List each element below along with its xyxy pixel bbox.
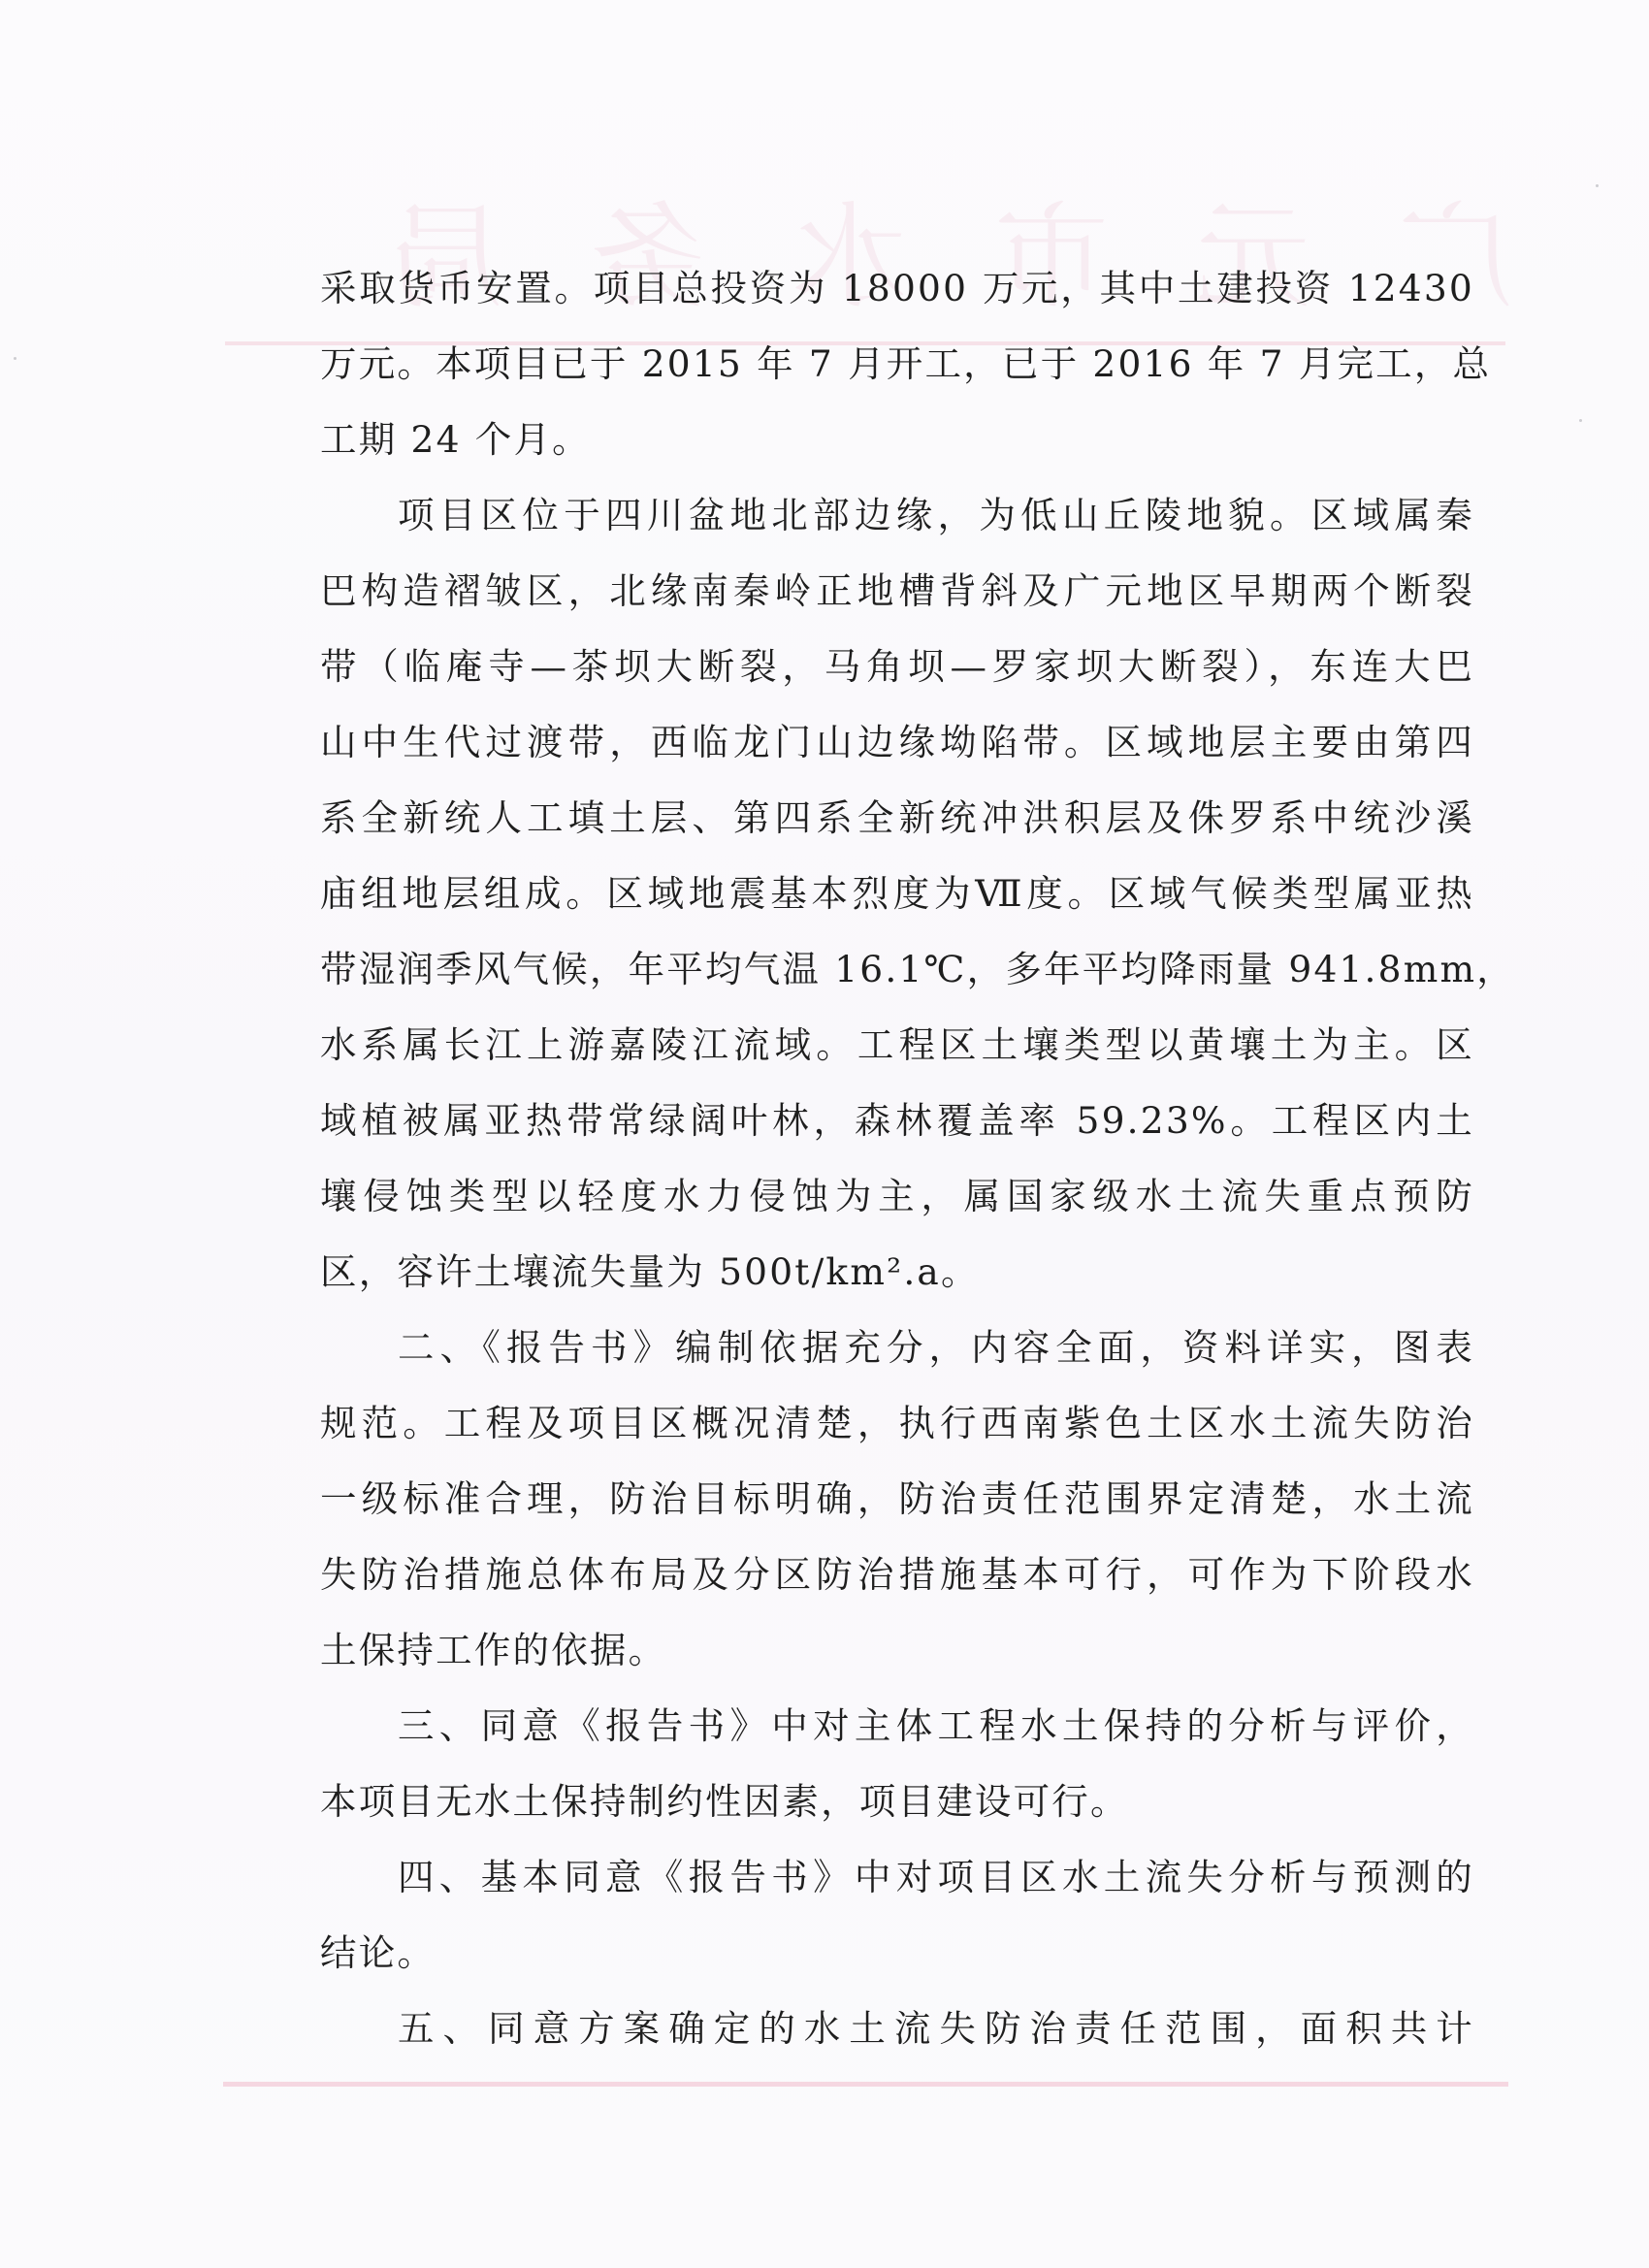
- text-line: 水系属长江上游嘉陵江流域。工程区土壤类型以黄壤土为主。区: [320, 1007, 1474, 1083]
- paragraph-item-5-responsibility-scope: 五、同意方案确定的水土流失防治责任范围，面积共计: [320, 1991, 1474, 2066]
- paragraph-item-2-report-basis: 二、《报告书》编制依据充分，内容全面，资料详实，图表 规范。工程及项目区概况清楚…: [320, 1310, 1474, 1688]
- scan-speck: [14, 357, 16, 360]
- text-line: 壤侵蚀类型以轻度水力侵蚀为主，属国家级水土流失重点预防: [320, 1158, 1474, 1234]
- text-line: 结论。: [320, 1915, 1474, 1991]
- text-line: 工期 24 个月。: [320, 402, 1474, 477]
- paragraph-item-4-prediction: 四、基本同意《报告书》中对项目区水土流失分析与预测的 结论。: [320, 1839, 1474, 1991]
- text-line: 本项目无水土保持制约性因素，项目建设可行。: [320, 1764, 1474, 1839]
- paragraph-project-region: 项目区位于四川盆地北部边缘，为低山丘陵地貌。区域属秦 巴构造褶皱区，北缘南秦岭正…: [320, 477, 1474, 1310]
- text-line: 采取货币安置。项目总投资为 18000 万元，其中土建投资 12430: [320, 250, 1474, 326]
- text-line: 项目区位于四川盆地北部边缘，为低山丘陵地貌。区域属秦: [320, 477, 1474, 553]
- text-line: 系全新统人工填土层、第四系全新统冲洪积层及侏罗系中统沙溪: [320, 780, 1474, 856]
- text-line: 一级标准合理，防治目标明确，防治责任范围界定清楚，水土流: [320, 1461, 1474, 1537]
- scan-speck: [1579, 419, 1582, 422]
- text-line: 山中生代过渡带，西临龙门山边缘坳陷带。区域地层主要由第四: [320, 704, 1474, 780]
- paragraph-project-overview-continued: 采取货币安置。项目总投资为 18000 万元，其中土建投资 12430 万元。本…: [320, 250, 1474, 477]
- text-line: 四、基本同意《报告书》中对项目区水土流失分析与预测的: [320, 1839, 1474, 1915]
- text-line: 区，容许土壤流失量为 500t/km².a。: [320, 1234, 1474, 1310]
- text-line: 万元。本项目已于 2015 年 7 月开工，已于 2016 年 7 月完工，总: [320, 326, 1474, 402]
- footer-rule-bleed-through: [223, 2082, 1508, 2087]
- text-line: 域植被属亚热带常绿阔叶林，森林覆盖率 59.23%。工程区内土: [320, 1083, 1474, 1158]
- text-line: 三、同意《报告书》中对主体工程水土保持的分析与评价，: [320, 1688, 1474, 1764]
- scan-speck: [1596, 184, 1599, 187]
- text-line: 土保持工作的依据。: [320, 1612, 1474, 1688]
- text-line: 规范。工程及项目区概况清楚，执行西南紫色土区水土流失防治: [320, 1385, 1474, 1461]
- document-body: 采取货币安置。项目总投资为 18000 万元，其中土建投资 12430 万元。本…: [320, 250, 1474, 2066]
- scanned-page: 广元市水务局 采取货币安置。项目总投资为 18000 万元，其中土建投资 124…: [0, 0, 1649, 2268]
- text-line: 带（临庵寺—茶坝大断裂，马角坝—罗家坝大断裂），东连大巴: [320, 629, 1474, 704]
- text-line: 五、同意方案确定的水土流失防治责任范围，面积共计: [320, 1991, 1474, 2066]
- text-line: 二、《报告书》编制依据充分，内容全面，资料详实，图表: [320, 1310, 1474, 1385]
- text-line: 庙组地层组成。区域地震基本烈度为Ⅶ度。区域气候类型属亚热: [320, 856, 1474, 931]
- text-line: 带湿润季风气候，年平均气温 16.1℃，多年平均降雨量 941.8mm，: [320, 931, 1474, 1007]
- paragraph-item-3-evaluation: 三、同意《报告书》中对主体工程水土保持的分析与评价， 本项目无水土保持制约性因素…: [320, 1688, 1474, 1839]
- text-line: 失防治措施总体布局及分区防治措施基本可行，可作为下阶段水: [320, 1537, 1474, 1612]
- text-line: 巴构造褶皱区，北缘南秦岭正地槽背斜及广元地区早期两个断裂: [320, 553, 1474, 629]
